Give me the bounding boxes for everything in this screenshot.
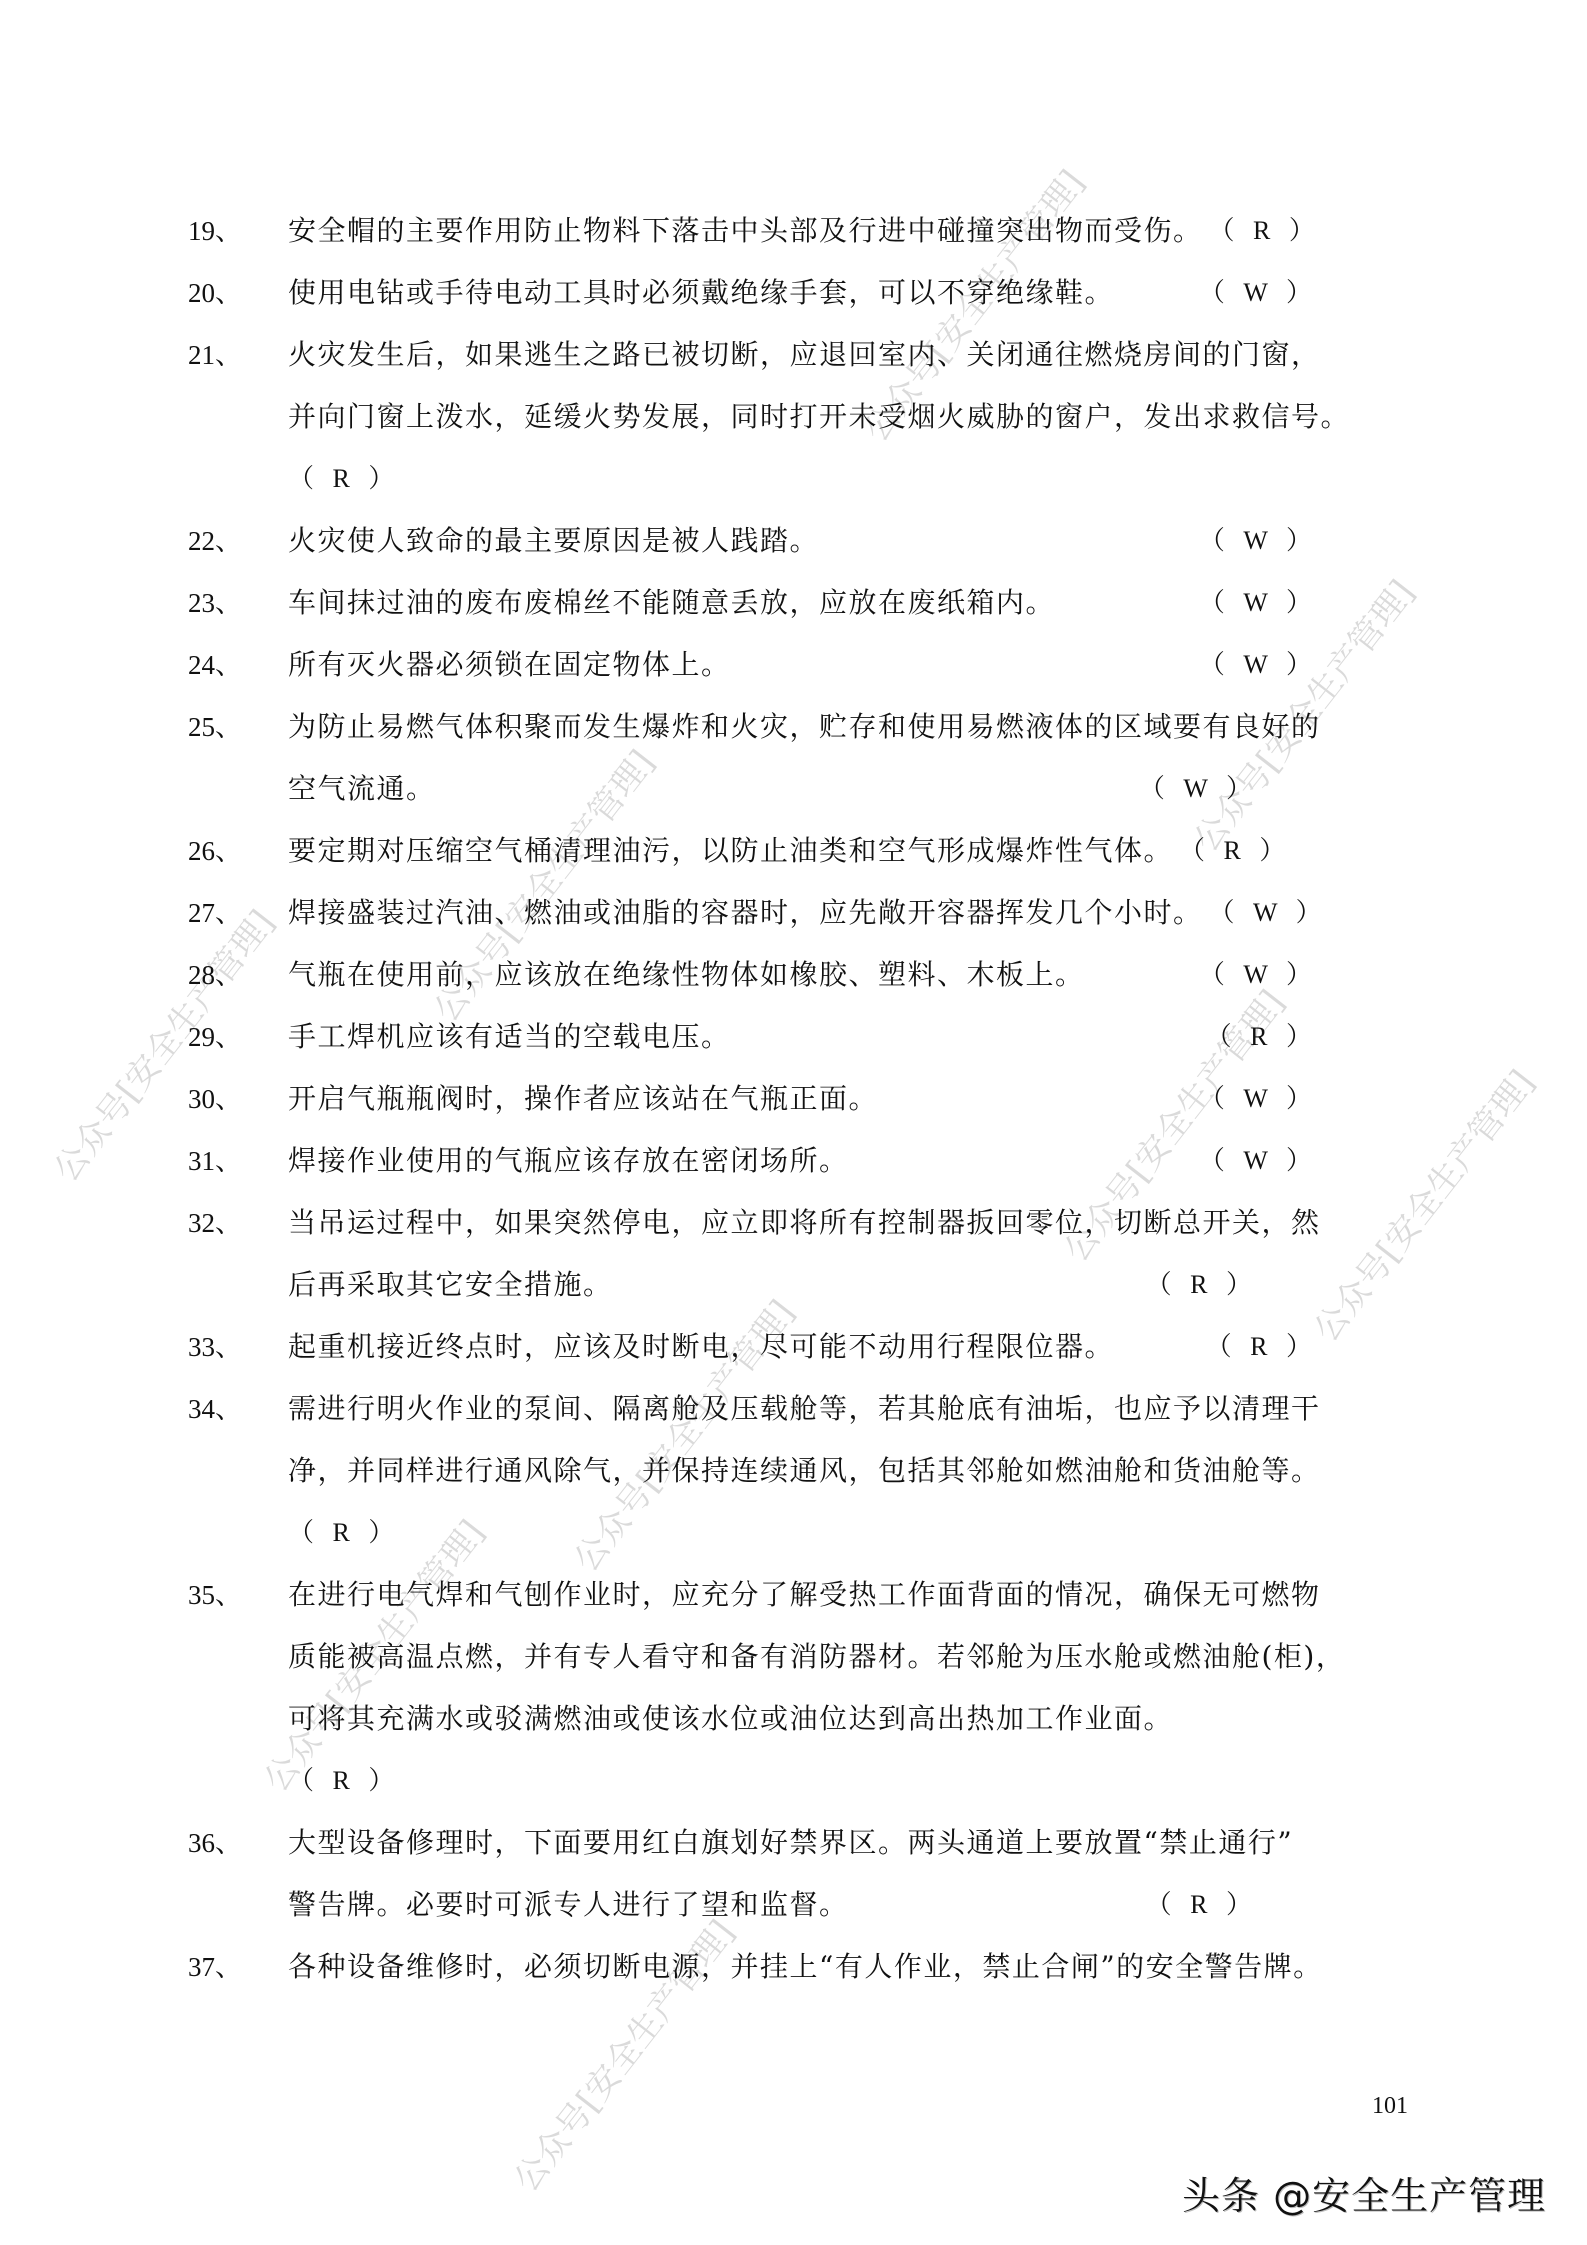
question-line-text: 手工焊机应该有适当的空载电压。: [288, 1006, 731, 1068]
question-text: 气瓶在使用前，应该放在绝缘性物体如橡胶、塑料、木板上。（ W ）: [288, 944, 1408, 1006]
question-line-text: 需进行明火作业的泵间、隔离舱及压载舱等，若其舱底有油垢，也应予以清理干: [288, 1378, 1321, 1440]
source-tag: 头条 @安全生产管理: [1182, 2165, 1546, 2220]
question-item: 35、在进行电气焊和气刨作业时，应充分了解受热工作面背面的情况，确保无可燃物质能…: [188, 1564, 1408, 1812]
question-line-text: 可将其充满水或驳满燃油或使该水位或油位达到高出热加工作业面。: [288, 1688, 1173, 1750]
question-item: 27、焊接盛装过汽油、燃油或油脂的容器时，应先敞开容器挥发几个小时。（ W ）: [188, 882, 1408, 944]
question-text: 火灾发生后，如果逃生之路已被切断，应退回室内、关闭通往燃烧房间的门窗，并向门窗上…: [288, 324, 1408, 510]
question-text: 安全帽的主要作用防止物料下落击中头部及行进中碰撞突出物而受伤。（ R ）: [288, 200, 1408, 262]
question-text: 使用电钻或手待电动工具时必须戴绝缘手套，可以不穿绝缘鞋。（ W ）: [288, 262, 1408, 324]
question-line: 当吊运过程中，如果突然停电，应立即将所有控制器扳回零位，切断总开关，然: [288, 1192, 1408, 1254]
question-line-text: 起重机接近终点时，应该及时断电，尽可能不动用行程限位器。: [288, 1316, 1114, 1378]
question-line: 并向门窗上泼水，延缓火势发展，同时打开未受烟火威胁的窗户，发出求救信号。: [288, 386, 1408, 448]
question-item: 26、要定期对压缩空气桶清理油污，以防止油类和空气形成爆炸性气体。（ R ）: [188, 820, 1408, 882]
question-line-text: 所有灭火器必须锁在固定物体上。: [288, 634, 731, 696]
question-text: 各种设备维修时，必须切断电源，并挂上“有人作业，禁止合闸”的安全警告牌。: [288, 1936, 1408, 1998]
question-list: 19、安全帽的主要作用防止物料下落击中头部及行进中碰撞突出物而受伤。（ R ）2…: [188, 200, 1408, 1998]
answer-mark: （ R ）: [1206, 1316, 1318, 1378]
question-line: 质能被高温点燃，并有专人看守和备有消防器材。若邻舱为压水舱或燃油舱(柜)，: [288, 1626, 1408, 1688]
answer-mark: （ W ）: [1199, 510, 1318, 572]
document-page: 公众号[安全生产管理] 公众号[安全生产管理] 公众号[安全生产管理] 公众号[…: [0, 0, 1587, 2245]
answer-line: （ R ）: [288, 1502, 1408, 1564]
question-line: 所有灭火器必须锁在固定物体上。（ W ）: [288, 634, 1408, 696]
question-line-text: 焊接盛装过汽油、燃油或油脂的容器时，应先敞开容器挥发几个小时。: [288, 882, 1203, 944]
question-item: 29、手工焊机应该有适当的空载电压。（ R ）: [188, 1006, 1408, 1068]
answer-mark: （ R ）: [1209, 200, 1321, 262]
question-item: 31、焊接作业使用的气瓶应该存放在密闭场所。（ W ）: [188, 1130, 1408, 1192]
question-line-text: 并向门窗上泼水，延缓火势发展，同时打开未受烟火威胁的窗户，发出求救信号。: [288, 386, 1350, 448]
question-line-text: 气瓶在使用前，应该放在绝缘性物体如橡胶、塑料、木板上。: [288, 944, 1085, 1006]
question-line-text: 各种设备维修时，必须切断电源，并挂上“有人作业，禁止合闸”的安全警告牌。: [288, 1936, 1323, 1998]
question-number: 22、: [188, 510, 288, 572]
question-text: 开启气瓶瓶阀时，操作者应该站在气瓶正面。（ W ）: [288, 1068, 1408, 1130]
answer-mark: （ R ）: [288, 448, 400, 510]
question-line-text: 使用电钻或手待电动工具时必须戴绝缘手套，可以不穿绝缘鞋。: [288, 262, 1114, 324]
question-line-text: 后再采取其它安全措施。: [288, 1254, 613, 1316]
question-text: 车间抹过油的废布废棉丝不能随意丢放，应放在废纸箱内。（ W ）: [288, 572, 1408, 634]
question-line-text: 当吊运过程中，如果突然停电，应立即将所有控制器扳回零位，切断总开关，然: [288, 1192, 1321, 1254]
answer-line: （ R ）: [288, 448, 1408, 510]
question-number: 35、: [188, 1564, 288, 1626]
question-number: 32、: [188, 1192, 288, 1254]
question-line-text: 安全帽的主要作用防止物料下落击中头部及行进中碰撞突出物而受伤。: [288, 200, 1203, 262]
question-number: 26、: [188, 820, 288, 882]
question-number: 29、: [188, 1006, 288, 1068]
answer-mark: （ W ）: [1199, 262, 1318, 324]
page-number: 101: [1372, 2093, 1408, 2120]
question-line: 安全帽的主要作用防止物料下落击中头部及行进中碰撞突出物而受伤。（ R ）: [288, 200, 1408, 262]
question-item: 20、使用电钻或手待电动工具时必须戴绝缘手套，可以不穿绝缘鞋。（ W ）: [188, 262, 1408, 324]
question-number: 33、: [188, 1316, 288, 1378]
question-item: 33、起重机接近终点时，应该及时断电，尽可能不动用行程限位器。（ R ）: [188, 1316, 1408, 1378]
question-item: 23、车间抹过油的废布废棉丝不能随意丢放，应放在废纸箱内。（ W ）: [188, 572, 1408, 634]
question-item: 37、各种设备维修时，必须切断电源，并挂上“有人作业，禁止合闸”的安全警告牌。: [188, 1936, 1408, 1998]
question-line-text: 要定期对压缩空气桶清理油污，以防止油类和空气形成爆炸性气体。: [288, 820, 1173, 882]
question-text: 手工焊机应该有适当的空载电压。（ R ）: [288, 1006, 1408, 1068]
question-number: 30、: [188, 1068, 288, 1130]
question-line-text: 在进行电气焊和气刨作业时，应充分了解受热工作面背面的情况，确保无可燃物: [288, 1564, 1321, 1626]
question-number: 19、: [188, 200, 288, 262]
answer-mark: （ R ）: [1206, 1006, 1318, 1068]
question-text: 焊接盛装过汽油、燃油或油脂的容器时，应先敞开容器挥发几个小时。（ W ）: [288, 882, 1408, 944]
question-text: 在进行电气焊和气刨作业时，应充分了解受热工作面背面的情况，确保无可燃物质能被高温…: [288, 1564, 1408, 1812]
question-line: 后再采取其它安全措施。（ R ）: [288, 1254, 1408, 1316]
answer-line: （ R ）: [288, 1750, 1408, 1812]
question-line-text: 警告牌。必要时可派专人进行了望和监督。: [288, 1874, 849, 1936]
question-line: 为防止易燃气体积聚而发生爆炸和火灾，贮存和使用易燃液体的区域要有良好的: [288, 696, 1408, 758]
question-text: 火灾使人致命的最主要原因是被人践踏。（ W ）: [288, 510, 1408, 572]
question-number: 23、: [188, 572, 288, 634]
question-text: 起重机接近终点时，应该及时断电，尽可能不动用行程限位器。（ R ）: [288, 1316, 1408, 1378]
question-line: 要定期对压缩空气桶清理油污，以防止油类和空气形成爆炸性气体。（ R ）: [288, 820, 1408, 882]
question-text: 所有灭火器必须锁在固定物体上。（ W ）: [288, 634, 1408, 696]
question-number: 21、: [188, 324, 288, 386]
question-line: 起重机接近终点时，应该及时断电，尽可能不动用行程限位器。（ R ）: [288, 1316, 1408, 1378]
question-item: 19、安全帽的主要作用防止物料下落击中头部及行进中碰撞突出物而受伤。（ R ）: [188, 200, 1408, 262]
question-line-text: 火灾使人致命的最主要原因是被人践踏。: [288, 510, 819, 572]
question-line: 开启气瓶瓶阀时，操作者应该站在气瓶正面。（ W ）: [288, 1068, 1408, 1130]
question-item: 28、气瓶在使用前，应该放在绝缘性物体如橡胶、塑料、木板上。（ W ）: [188, 944, 1408, 1006]
question-item: 24、所有灭火器必须锁在固定物体上。（ W ）: [188, 634, 1408, 696]
question-line-text: 大型设备修理时，下面要用红白旗划好禁界区。两头通道上要放置“禁止通行”: [288, 1812, 1293, 1874]
question-text: 大型设备修理时，下面要用红白旗划好禁界区。两头通道上要放置“禁止通行”警告牌。必…: [288, 1812, 1408, 1936]
answer-mark: （ R ）: [1179, 820, 1291, 882]
question-line: 气瓶在使用前，应该放在绝缘性物体如橡胶、塑料、木板上。（ W ）: [288, 944, 1408, 1006]
question-item: 25、为防止易燃气体积聚而发生爆炸和火灾，贮存和使用易燃液体的区域要有良好的空气…: [188, 696, 1408, 820]
question-line: 净，并同样进行通风除气，并保持连续通风，包括其邻舱如燃油舱和货油舱等。: [288, 1440, 1408, 1502]
answer-mark: （ W ）: [1199, 944, 1318, 1006]
question-line: 火灾使人致命的最主要原因是被人践踏。（ W ）: [288, 510, 1408, 572]
question-line: 需进行明火作业的泵间、隔离舱及压载舱等，若其舱底有油垢，也应予以清理干: [288, 1378, 1408, 1440]
question-text: 需进行明火作业的泵间、隔离舱及压载舱等，若其舱底有油垢，也应予以清理干净，并同样…: [288, 1378, 1408, 1564]
question-number: 20、: [188, 262, 288, 324]
question-item: 32、当吊运过程中，如果突然停电，应立即将所有控制器扳回零位，切断总开关，然后再…: [188, 1192, 1408, 1316]
question-line-text: 为防止易燃气体积聚而发生爆炸和火灾，贮存和使用易燃液体的区域要有良好的: [288, 696, 1321, 758]
answer-mark: （ R ）: [1146, 1874, 1258, 1936]
question-text: 当吊运过程中，如果突然停电，应立即将所有控制器扳回零位，切断总开关，然后再采取其…: [288, 1192, 1408, 1316]
question-number: 37、: [188, 1936, 288, 1998]
question-number: 36、: [188, 1812, 288, 1874]
question-line-text: 空气流通。: [288, 758, 436, 820]
question-line: 焊接盛装过汽油、燃油或油脂的容器时，应先敞开容器挥发几个小时。（ W ）: [288, 882, 1408, 944]
question-line-text: 开启气瓶瓶阀时，操作者应该站在气瓶正面。: [288, 1068, 878, 1130]
question-line-text: 焊接作业使用的气瓶应该存放在密闭场所。: [288, 1130, 849, 1192]
question-item: 34、需进行明火作业的泵间、隔离舱及压载舱等，若其舱底有油垢，也应予以清理干净，…: [188, 1378, 1408, 1564]
question-line: 使用电钻或手待电动工具时必须戴绝缘手套，可以不穿绝缘鞋。（ W ）: [288, 262, 1408, 324]
answer-mark: （ W ）: [1199, 1068, 1318, 1130]
answer-mark: （ W ）: [1199, 634, 1318, 696]
question-item: 21、火灾发生后，如果逃生之路已被切断，应退回室内、关闭通往燃烧房间的门窗，并向…: [188, 324, 1408, 510]
question-line: 警告牌。必要时可派专人进行了望和监督。（ R ）: [288, 1874, 1408, 1936]
question-number: 31、: [188, 1130, 288, 1192]
question-text: 为防止易燃气体积聚而发生爆炸和火灾，贮存和使用易燃液体的区域要有良好的空气流通。…: [288, 696, 1408, 820]
question-text: 焊接作业使用的气瓶应该存放在密闭场所。（ W ）: [288, 1130, 1408, 1192]
answer-mark: （ W ）: [1199, 572, 1318, 634]
question-line: 车间抹过油的废布废棉丝不能随意丢放，应放在废纸箱内。（ W ）: [288, 572, 1408, 634]
question-line: 焊接作业使用的气瓶应该存放在密闭场所。（ W ）: [288, 1130, 1408, 1192]
question-number: 24、: [188, 634, 288, 696]
question-text: 要定期对压缩空气桶清理油污，以防止油类和空气形成爆炸性气体。（ R ）: [288, 820, 1408, 882]
question-line: 火灾发生后，如果逃生之路已被切断，应退回室内、关闭通往燃烧房间的门窗，: [288, 324, 1408, 386]
question-item: 22、火灾使人致命的最主要原因是被人践踏。（ W ）: [188, 510, 1408, 572]
question-item: 30、开启气瓶瓶阀时，操作者应该站在气瓶正面。（ W ）: [188, 1068, 1408, 1130]
answer-mark: （ W ）: [1139, 758, 1258, 820]
answer-mark: （ R ）: [288, 1750, 400, 1812]
question-item: 36、大型设备修理时，下面要用红白旗划好禁界区。两头通道上要放置“禁止通行”警告…: [188, 1812, 1408, 1936]
answer-mark: （ W ）: [1209, 882, 1328, 944]
question-number: 25、: [188, 696, 288, 758]
answer-mark: （ R ）: [288, 1502, 400, 1564]
question-line-text: 火灾发生后，如果逃生之路已被切断，应退回室内、关闭通往燃烧房间的门窗，: [288, 324, 1321, 386]
answer-mark: （ W ）: [1199, 1130, 1318, 1192]
question-line: 手工焊机应该有适当的空载电压。（ R ）: [288, 1006, 1408, 1068]
question-line-text: 净，并同样进行通风除气，并保持连续通风，包括其邻舱如燃油舱和货油舱等。: [288, 1440, 1321, 1502]
question-number: 34、: [188, 1378, 288, 1440]
question-number: 27、: [188, 882, 288, 944]
question-line: 大型设备修理时，下面要用红白旗划好禁界区。两头通道上要放置“禁止通行”: [288, 1812, 1408, 1874]
question-line-text: 车间抹过油的废布废棉丝不能随意丢放，应放在废纸箱内。: [288, 572, 1055, 634]
question-number: 28、: [188, 944, 288, 1006]
question-line-text: 质能被高温点燃，并有专人看守和备有消防器材。若邻舱为压水舱或燃油舱(柜)，: [288, 1626, 1345, 1688]
answer-mark: （ R ）: [1146, 1254, 1258, 1316]
question-line: 在进行电气焊和气刨作业时，应充分了解受热工作面背面的情况，确保无可燃物: [288, 1564, 1408, 1626]
question-line: 可将其充满水或驳满燃油或使该水位或油位达到高出热加工作业面。: [288, 1688, 1408, 1750]
question-line: 各种设备维修时，必须切断电源，并挂上“有人作业，禁止合闸”的安全警告牌。: [288, 1936, 1408, 1998]
question-line: 空气流通。（ W ）: [288, 758, 1408, 820]
